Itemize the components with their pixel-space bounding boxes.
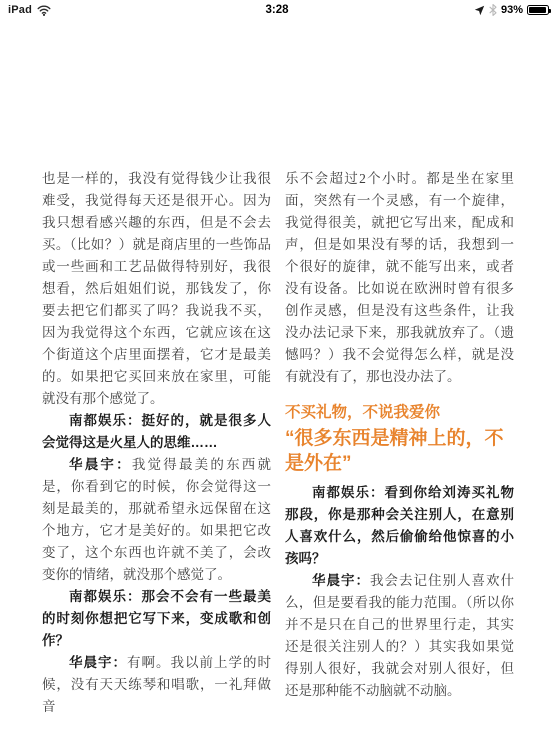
interview-answer: 华晨宇：我觉得最美的东西就是，你看到它的时候，你会觉得这一刻是最美的，那就希望永… xyxy=(42,454,271,586)
ipad-screen: iPad 3:28 93% xyxy=(0,0,554,738)
magazine-page: 也是一样的，我没有觉得钱少让我很难受，我觉得每天还是很开心。因为我只想看感兴趣的… xyxy=(0,20,554,738)
paragraph-continuation: 也是一样的，我没有觉得钱少让我很难受，我觉得每天还是很开心。因为我只想看感兴趣的… xyxy=(42,168,271,410)
status-bar: iPad 3:28 93% xyxy=(0,0,554,20)
bluetooth-icon xyxy=(489,4,497,16)
interview-question: 南都娱乐：挺好的，就是很多人会觉得这是火星人的思维…… xyxy=(42,410,271,454)
speaker-name: 华晨宇： xyxy=(69,655,127,670)
location-arrow-icon xyxy=(474,5,485,16)
interview-answer: 华晨宇：我会去记住别人喜欢什么，但是要看我的能力范围。（所以你并不是只在自己的世… xyxy=(285,570,514,702)
section-kicker: 不买礼物，不说我爱你 xyxy=(285,403,514,423)
speaker-name: 南都娱乐： xyxy=(69,589,142,604)
interview-answer: 华晨宇：有啊。我以前上学的时候，没有天天练琴和唱歌，一礼拜做音 xyxy=(42,652,271,718)
interview-question: 南都娱乐：看到你给刘涛买礼物那段，你是那种会关注别人，在意别人喜欢什么，然后偷偷… xyxy=(285,482,514,570)
article-column-right: 乐不会超过2个小时。都是坐在家里面，突然有一个灵感，有一个旋律，我觉得很美，就把… xyxy=(285,168,514,702)
speaker-name: 南都娱乐： xyxy=(312,485,385,500)
wifi-icon xyxy=(37,5,51,16)
carrier-label: iPad xyxy=(8,4,32,16)
article-column-left: 也是一样的，我没有觉得钱少让我很难受，我觉得每天还是很开心。因为我只想看感兴趣的… xyxy=(42,168,271,718)
speaker-name: 南都娱乐： xyxy=(69,413,142,428)
clock: 3:28 xyxy=(0,4,554,16)
section-headline: “很多东西是精神上的，不是外在” xyxy=(285,426,514,476)
speaker-name: 华晨宇： xyxy=(69,457,132,472)
battery-icon xyxy=(527,5,549,15)
battery-percent-label: 93% xyxy=(501,4,523,16)
status-bar-right: 93% xyxy=(474,4,554,16)
speaker-name: 华晨宇： xyxy=(312,573,370,588)
status-bar-left: iPad xyxy=(0,4,51,16)
paragraph-continuation: 乐不会超过2个小时。都是坐在家里面，突然有一个灵感，有一个旋律，我觉得很美，就把… xyxy=(285,168,514,388)
interview-question: 南都娱乐：那会不会有一些最美的时刻你想把它写下来，变成歌和创作？ xyxy=(42,586,271,652)
